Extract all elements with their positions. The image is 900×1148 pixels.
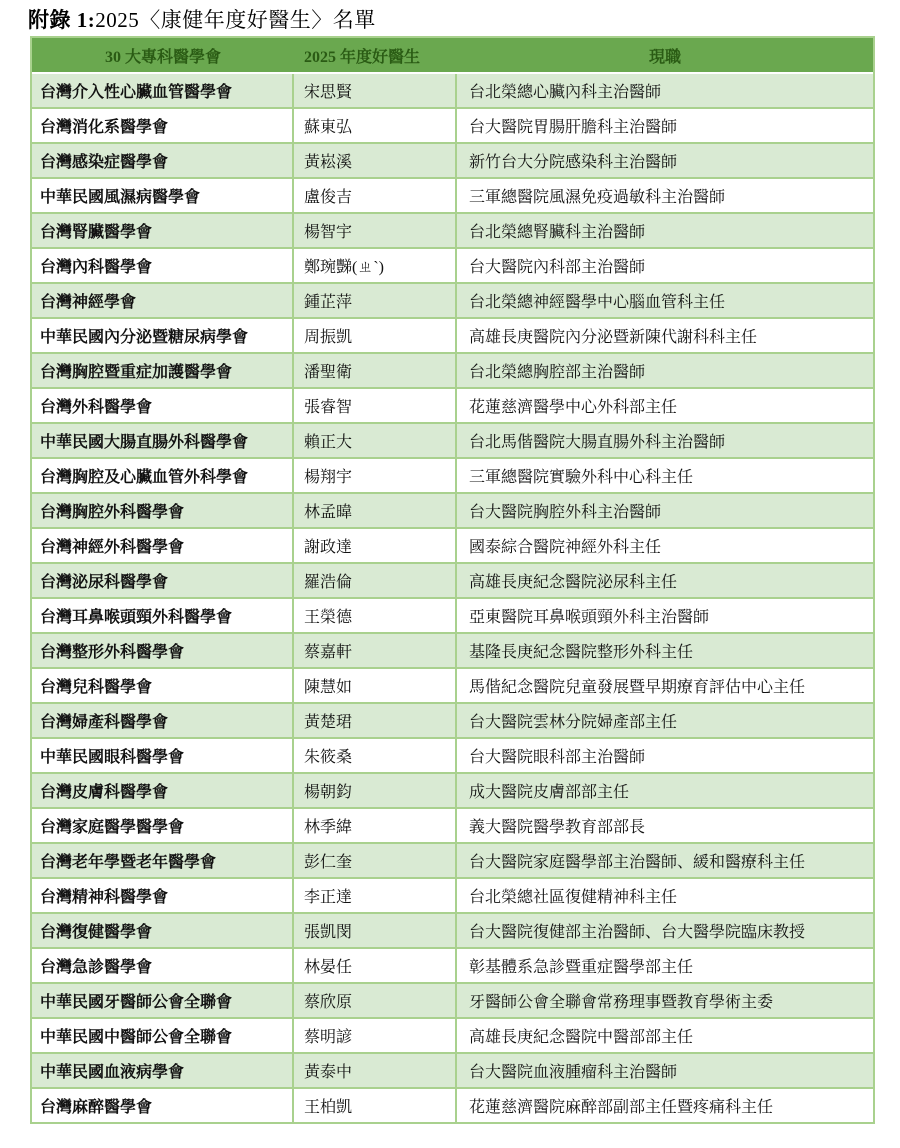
position-cell: 三軍總醫院實驗外科中心科主任 <box>457 459 873 492</box>
table-row: 台灣麻醉醫學會王柏凱花蓮慈濟醫院麻醉部副部主任暨疼痛科主任 <box>32 1087 873 1122</box>
doctor-cell: 蔡嘉軒 <box>294 634 457 667</box>
page-title-text: 2025〈康健年度好醫生〉名單 <box>95 8 376 32</box>
position-cell: 台北榮總胸腔部主治醫師 <box>457 354 873 387</box>
society-cell: 中華民國大腸直腸外科醫學會 <box>32 424 294 457</box>
doctor-cell: 楊智宇 <box>294 214 457 247</box>
doctor-cell: 朱筱桑 <box>294 739 457 772</box>
table-row: 台灣神經學會鍾芷萍台北榮總神經醫學中心腦血管科主任 <box>32 282 873 317</box>
doctor-cell: 林季緯 <box>294 809 457 842</box>
position-cell: 義大醫院醫學教育部部長 <box>457 809 873 842</box>
society-cell: 中華民國中醫師公會全聯會 <box>32 1019 294 1052</box>
table-row: 台灣胸腔暨重症加護醫學會潘聖衛台北榮總胸腔部主治醫師 <box>32 352 873 387</box>
position-cell: 牙醫師公會全聯會常務理事暨教育學術主委 <box>457 984 873 1017</box>
position-cell: 台北馬偕醫院大腸直腸外科主治醫師 <box>457 424 873 457</box>
doctor-cell: 羅浩倫 <box>294 564 457 597</box>
doctor-cell: 林孟暐 <box>294 494 457 527</box>
position-cell: 高雄長庚紀念醫院泌尿科主任 <box>457 564 873 597</box>
doctor-cell: 周振凱 <box>294 319 457 352</box>
table-row: 台灣復健醫學會張凱閔台大醫院復健部主治醫師、台大醫學院臨床教授 <box>32 912 873 947</box>
society-cell: 台灣精神科醫學會 <box>32 879 294 912</box>
society-cell: 中華民國風濕病醫學會 <box>32 179 294 212</box>
table-body: 台灣介入性心臟血管醫學會宋思賢台北榮總心臟內科主治醫師台灣消化系醫學會蘇東弘台大… <box>32 74 873 1122</box>
doctor-cell: 李正達 <box>294 879 457 912</box>
position-cell: 台大醫院內科部主治醫師 <box>457 249 873 282</box>
society-cell: 台灣內科醫學會 <box>32 249 294 282</box>
position-cell: 台大醫院胸腔外科主治醫師 <box>457 494 873 527</box>
doctor-cell: 蔡明諺 <box>294 1019 457 1052</box>
table-row: 台灣兒科醫學會陳慧如馬偕紀念醫院兒童發展暨早期療育評估中心主任 <box>32 667 873 702</box>
doctor-cell: 蔡欣原 <box>294 984 457 1017</box>
page-title: 附錄 1:2025〈康健年度好醫生〉名單 <box>28 4 376 34</box>
society-cell: 台灣神經學會 <box>32 284 294 317</box>
column-header-position: 現職 <box>457 44 873 67</box>
position-cell: 基隆長庚紀念醫院整形外科主任 <box>457 634 873 667</box>
table-row: 台灣感染症醫學會黃崧溪新竹台大分院感染科主治醫師 <box>32 142 873 177</box>
doctor-cell: 張睿智 <box>294 389 457 422</box>
table-row: 台灣皮膚科醫學會楊朝鈞成大醫院皮膚部部主任 <box>32 772 873 807</box>
doctor-cell: 黃泰中 <box>294 1054 457 1087</box>
position-cell: 國泰綜合醫院神經外科主任 <box>457 529 873 562</box>
table-row: 台灣整形外科醫學會蔡嘉軒基隆長庚紀念醫院整形外科主任 <box>32 632 873 667</box>
society-cell: 台灣胸腔及心臟血管外科學會 <box>32 459 294 492</box>
society-cell: 台灣消化系醫學會 <box>32 109 294 142</box>
table-row: 台灣婦產科醫學會黃楚珺台大醫院雲林分院婦產部主任 <box>32 702 873 737</box>
table-row: 中華民國牙醫師公會全聯會蔡欣原牙醫師公會全聯會常務理事暨教育學術主委 <box>32 982 873 1017</box>
table-row: 中華民國血液病學會黃泰中台大醫院血液腫瘤科主治醫師 <box>32 1052 873 1087</box>
position-cell: 三軍總醫院風濕免疫過敏科主治醫師 <box>457 179 873 212</box>
position-cell: 台北榮總心臟內科主治醫師 <box>457 74 873 107</box>
position-cell: 台大醫院家庭醫學部主治醫師、緩和醫療科主任 <box>457 844 873 877</box>
society-cell: 台灣外科醫學會 <box>32 389 294 422</box>
society-cell: 台灣兒科醫學會 <box>32 669 294 702</box>
society-cell: 台灣感染症醫學會 <box>32 144 294 177</box>
position-cell: 台北榮總腎臟科主治醫師 <box>457 214 873 247</box>
doctor-cell: 蘇東弘 <box>294 109 457 142</box>
table-row: 台灣急診醫學會林晏任彰基體系急診暨重症醫學部主任 <box>32 947 873 982</box>
doctor-cell: 王柏凱 <box>294 1089 457 1122</box>
position-cell: 高雄長庚醫院內分泌暨新陳代謝科科主任 <box>457 319 873 352</box>
doctor-cell: 謝政達 <box>294 529 457 562</box>
position-cell: 馬偕紀念醫院兒童發展暨早期療育評估中心主任 <box>457 669 873 702</box>
doctor-cell: 鍾芷萍 <box>294 284 457 317</box>
table-row: 台灣老年學暨老年醫學會彭仁奎台大醫院家庭醫學部主治醫師、緩和醫療科主任 <box>32 842 873 877</box>
society-cell: 台灣急診醫學會 <box>32 949 294 982</box>
society-cell: 中華民國眼科醫學會 <box>32 739 294 772</box>
society-cell: 台灣胸腔外科醫學會 <box>32 494 294 527</box>
society-cell: 台灣胸腔暨重症加護醫學會 <box>32 354 294 387</box>
position-cell: 花蓮慈濟醫院麻醉部副部主任暨疼痛科主任 <box>457 1089 873 1122</box>
doctor-cell: 王榮德 <box>294 599 457 632</box>
table-row: 台灣耳鼻喉頭頸外科醫學會王榮德亞東醫院耳鼻喉頭頸外科主治醫師 <box>32 597 873 632</box>
society-cell: 台灣神經外科醫學會 <box>32 529 294 562</box>
doctor-cell: 盧俊吉 <box>294 179 457 212</box>
doctor-cell: 潘聖衛 <box>294 354 457 387</box>
society-cell: 中華民國牙醫師公會全聯會 <box>32 984 294 1017</box>
table-row: 台灣消化系醫學會蘇東弘台大醫院胃腸肝膽科主治醫師 <box>32 107 873 142</box>
position-cell: 成大醫院皮膚部部主任 <box>457 774 873 807</box>
position-cell: 亞東醫院耳鼻喉頭頸外科主治醫師 <box>457 599 873 632</box>
table-row: 中華民國中醫師公會全聯會蔡明諺高雄長庚紀念醫院中醫部部主任 <box>32 1017 873 1052</box>
society-cell: 台灣婦產科醫學會 <box>32 704 294 737</box>
position-cell: 台大醫院血液腫瘤科主治醫師 <box>457 1054 873 1087</box>
society-cell: 中華民國血液病學會 <box>32 1054 294 1087</box>
table-row: 台灣家庭醫學醫學會林季緯義大醫院醫學教育部部長 <box>32 807 873 842</box>
position-cell: 台大醫院復健部主治醫師、台大醫學院臨床教授 <box>457 914 873 947</box>
page-title-prefix: 附錄 1: <box>28 8 95 32</box>
society-cell: 中華民國內分泌暨糖尿病學會 <box>32 319 294 352</box>
society-cell: 台灣家庭醫學醫學會 <box>32 809 294 842</box>
table-header-row: 30 大專科醫學會 2025 年度好醫生 現職 <box>32 38 873 74</box>
society-cell: 台灣整形外科醫學會 <box>32 634 294 667</box>
good-doctors-table: 30 大專科醫學會 2025 年度好醫生 現職 台灣介入性心臟血管醫學會宋思賢台… <box>30 36 875 1124</box>
doctor-cell: 黃楚珺 <box>294 704 457 737</box>
position-cell: 新竹台大分院感染科主治醫師 <box>457 144 873 177</box>
society-cell: 台灣介入性心臟血管醫學會 <box>32 74 294 107</box>
doctor-cell: 張凱閔 <box>294 914 457 947</box>
document-page: 附錄 1:2025〈康健年度好醫生〉名單 30 大專科醫學會 2025 年度好醫… <box>0 0 900 1148</box>
table-row: 台灣介入性心臟血管醫學會宋思賢台北榮總心臟內科主治醫師 <box>32 74 873 107</box>
society-cell: 台灣腎臟醫學會 <box>32 214 294 247</box>
column-header-society: 30 大專科醫學會 <box>32 44 294 67</box>
table-row: 台灣神經外科醫學會謝政達國泰綜合醫院神經外科主任 <box>32 527 873 562</box>
column-header-doctor: 2025 年度好醫生 <box>294 44 457 67</box>
table-row: 台灣內科醫學會鄭琬豒(ㄓˋ)台大醫院內科部主治醫師 <box>32 247 873 282</box>
doctor-cell: 宋思賢 <box>294 74 457 107</box>
society-cell: 台灣老年學暨老年醫學會 <box>32 844 294 877</box>
table-row: 中華民國內分泌暨糖尿病學會周振凱高雄長庚醫院內分泌暨新陳代謝科科主任 <box>32 317 873 352</box>
position-cell: 台大醫院眼科部主治醫師 <box>457 739 873 772</box>
society-cell: 台灣皮膚科醫學會 <box>32 774 294 807</box>
table-row: 中華民國眼科醫學會朱筱桑台大醫院眼科部主治醫師 <box>32 737 873 772</box>
table-row: 台灣腎臟醫學會楊智宇台北榮總腎臟科主治醫師 <box>32 212 873 247</box>
table-row: 台灣泌尿科醫學會羅浩倫高雄長庚紀念醫院泌尿科主任 <box>32 562 873 597</box>
table-row: 台灣精神科醫學會李正達台北榮總社區復健精神科主任 <box>32 877 873 912</box>
position-cell: 高雄長庚紀念醫院中醫部部主任 <box>457 1019 873 1052</box>
doctor-cell: 楊朝鈞 <box>294 774 457 807</box>
doctor-cell: 陳慧如 <box>294 669 457 702</box>
table-row: 中華民國大腸直腸外科醫學會賴正大台北馬偕醫院大腸直腸外科主治醫師 <box>32 422 873 457</box>
society-cell: 台灣復健醫學會 <box>32 914 294 947</box>
position-cell: 台北榮總神經醫學中心腦血管科主任 <box>457 284 873 317</box>
doctor-cell: 楊翔宇 <box>294 459 457 492</box>
position-cell: 花蓮慈濟醫學中心外科部主任 <box>457 389 873 422</box>
table-row: 台灣胸腔及心臟血管外科學會楊翔宇三軍總醫院實驗外科中心科主任 <box>32 457 873 492</box>
position-cell: 台大醫院胃腸肝膽科主治醫師 <box>457 109 873 142</box>
position-cell: 台大醫院雲林分院婦產部主任 <box>457 704 873 737</box>
position-cell: 彰基體系急診暨重症醫學部主任 <box>457 949 873 982</box>
position-cell: 台北榮總社區復健精神科主任 <box>457 879 873 912</box>
table-row: 台灣外科醫學會張睿智花蓮慈濟醫學中心外科部主任 <box>32 387 873 422</box>
doctor-cell: 鄭琬豒(ㄓˋ) <box>294 249 457 282</box>
society-cell: 台灣泌尿科醫學會 <box>32 564 294 597</box>
society-cell: 台灣麻醉醫學會 <box>32 1089 294 1122</box>
doctor-cell: 林晏任 <box>294 949 457 982</box>
society-cell: 台灣耳鼻喉頭頸外科醫學會 <box>32 599 294 632</box>
doctor-cell: 彭仁奎 <box>294 844 457 877</box>
doctor-cell: 黃崧溪 <box>294 144 457 177</box>
table-row: 台灣胸腔外科醫學會林孟暐台大醫院胸腔外科主治醫師 <box>32 492 873 527</box>
doctor-cell: 賴正大 <box>294 424 457 457</box>
table-row: 中華民國風濕病醫學會盧俊吉三軍總醫院風濕免疫過敏科主治醫師 <box>32 177 873 212</box>
